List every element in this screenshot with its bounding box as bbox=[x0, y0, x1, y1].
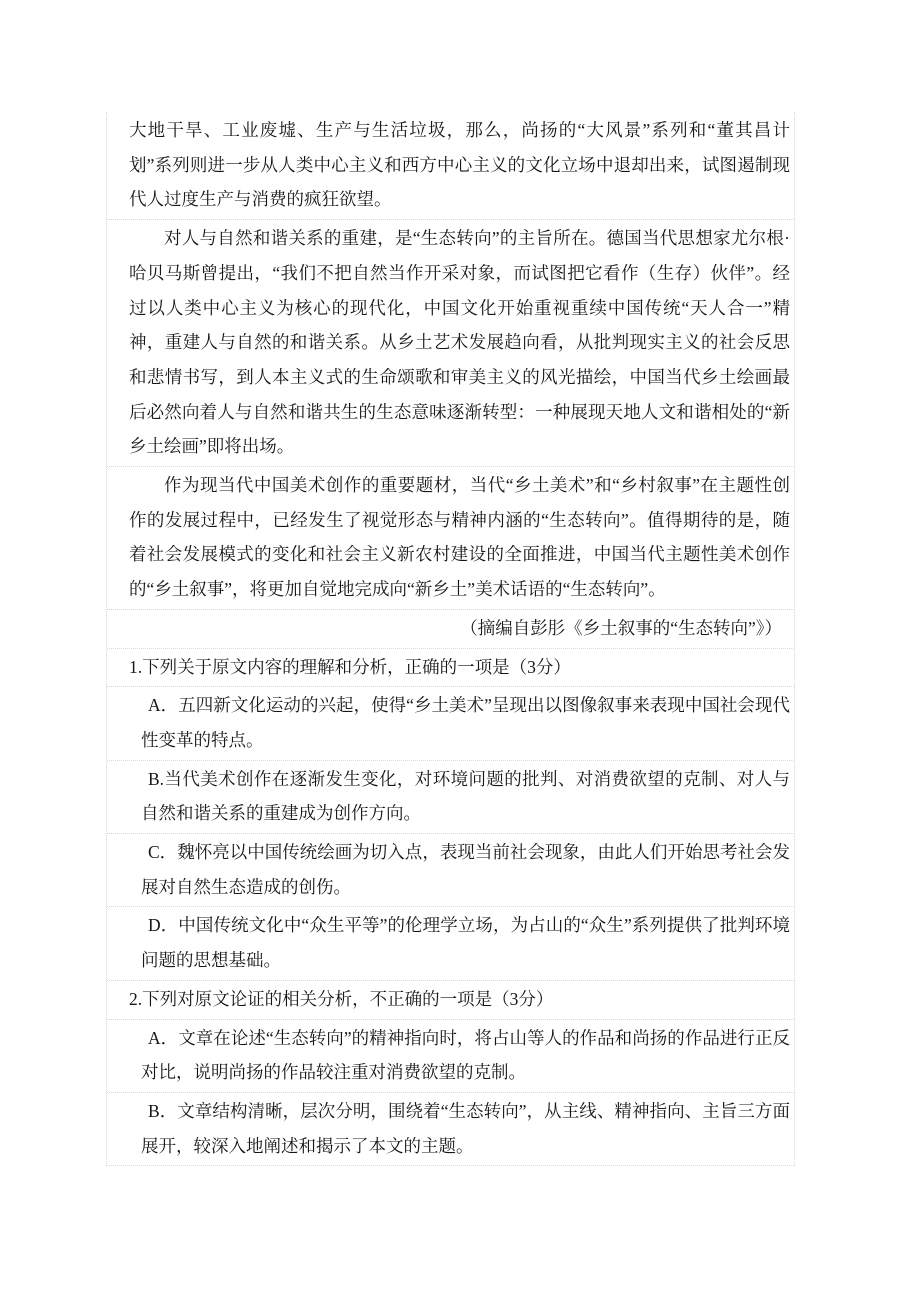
answer-option: B．文章结构清晰，层次分明，围绕着“生态转向”，从主线、精神指向、主旨三方面展开… bbox=[107, 1093, 794, 1166]
paragraph: 大地干旱、工业废墟、生产与生活垃圾，那么，尚扬的“大风景”系列和“董其昌计划”系… bbox=[107, 112, 794, 220]
question-stem: 2.下列对原文论证的相关分析，不正确的一项是（3分） bbox=[107, 981, 794, 1020]
answer-option: A．五四新文化运动的兴起，使得“乡土美术”呈现出以图像叙事来表现中国社会现代性变… bbox=[107, 687, 794, 760]
question-stem: 1.下列关于原文内容的理解和分析，正确的一项是（3分） bbox=[107, 649, 794, 688]
answer-option: B.当代美术创作在逐渐发生变化，对环境问题的批判、对消费欲望的克制、对人与自然和… bbox=[107, 761, 794, 834]
exam-text-block: 大地干旱、工业废墟、生产与生活垃圾，那么，尚扬的“大风景”系列和“董其昌计划”系… bbox=[106, 112, 795, 1166]
source-attribution: （摘编自彭肜《乡土叙事的“生态转向”》） bbox=[107, 610, 794, 649]
answer-option: A．文章在论述“生态转向”的精神指向时，将占山等人的作品和尚扬的作品进行正反对比… bbox=[107, 1020, 794, 1093]
answer-option: D．中国传统文化中“众生平等”的伦理学立场，为占山的“众生”系列提供了批判环境问… bbox=[107, 907, 794, 980]
answer-option: C．魏怀亮以中国传统绘画为切入点，表现当前社会现象，由此人们开始思考社会发展对自… bbox=[107, 834, 794, 907]
paragraph: 作为现当代中国美术创作的重要题材，当代“乡土美术”和“乡村叙事”在主题性创作的发… bbox=[107, 467, 794, 610]
paragraph: 对人与自然和谐关系的重建，是“生态转向”的主旨所在。德国当代思想家尤尔根·哈贝马… bbox=[107, 220, 794, 467]
